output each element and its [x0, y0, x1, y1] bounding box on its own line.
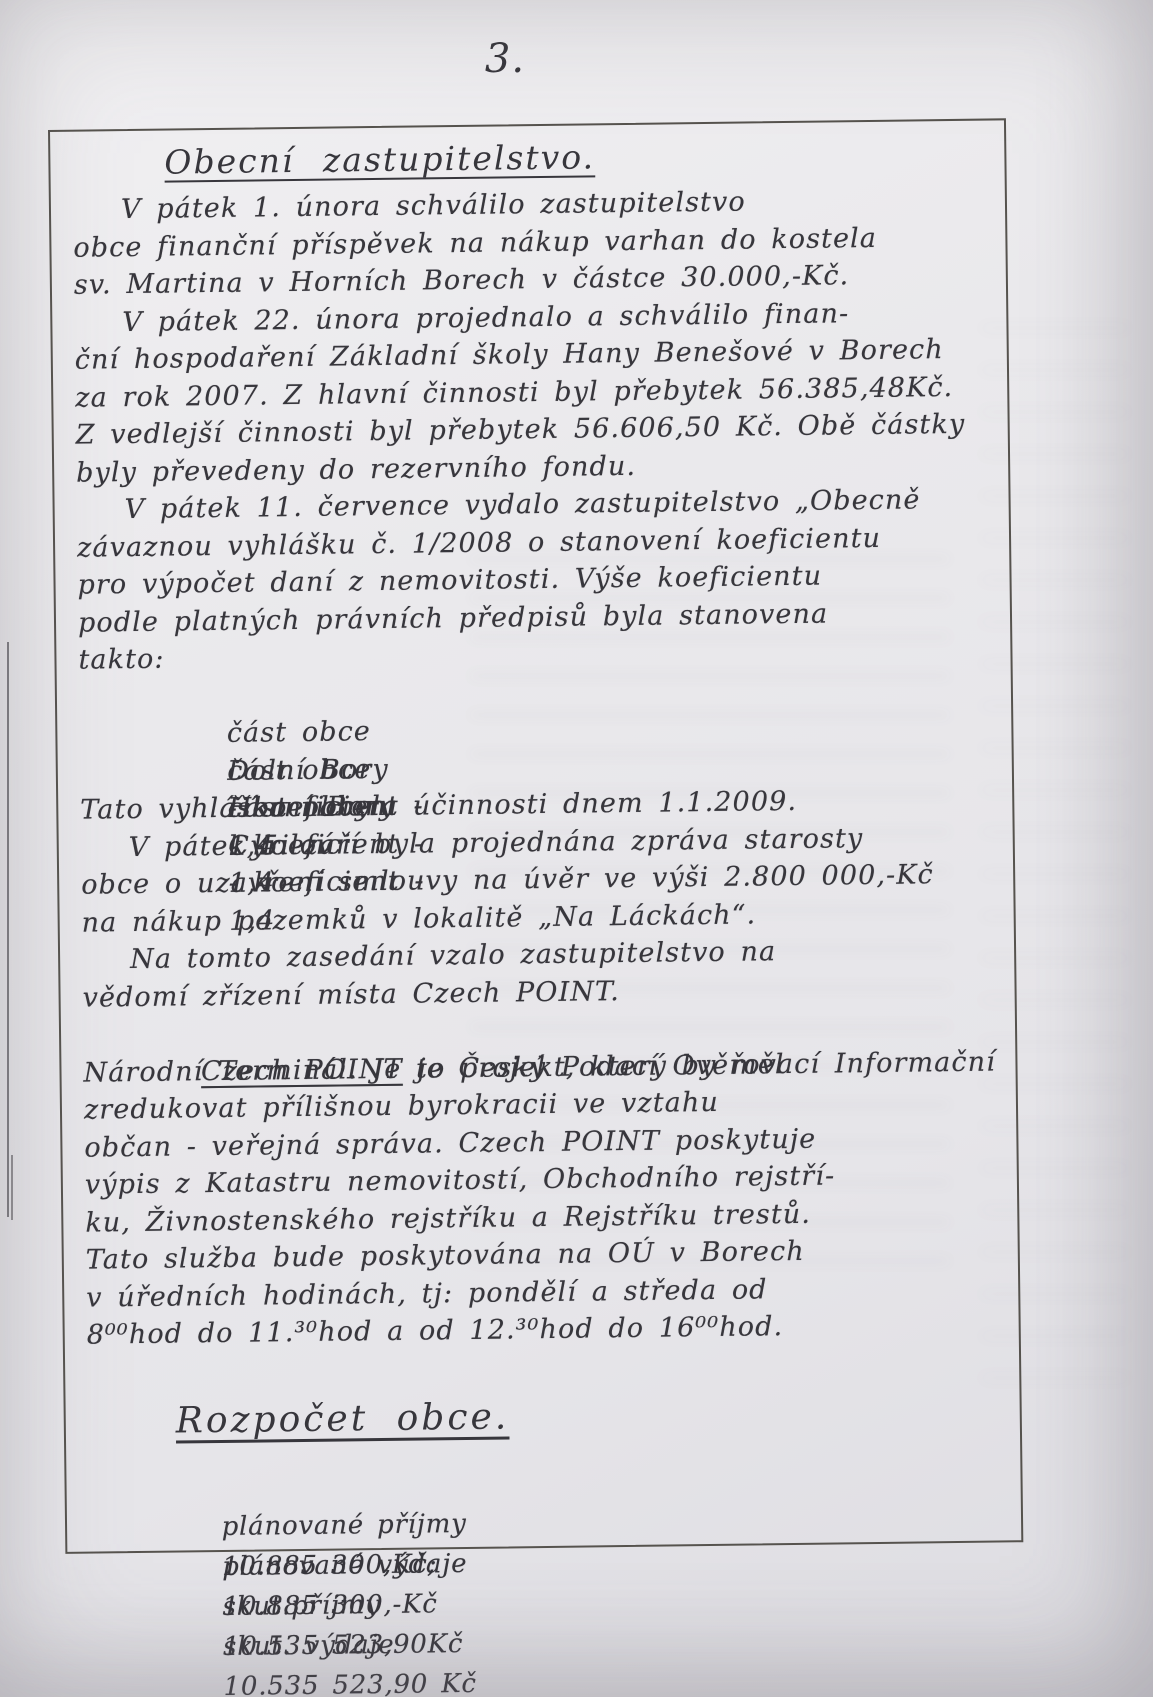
scan-edge-artifact — [7, 642, 9, 1217]
budget-heading: Rozpočet obce. — [176, 1395, 510, 1443]
coefficient-prefix: část obce — [227, 713, 375, 752]
coefficient-prefix: část obce — [227, 751, 375, 790]
council-heading: Obecní zastupitelstvo. — [164, 137, 595, 182]
page-number: 3. — [0, 36, 1010, 82]
scan-edge-artifact — [11, 1155, 13, 1220]
budget-actual-label: skut. výdaje — [223, 1624, 423, 1666]
chronicle-frame: Obecní zastupitelstvo. V pátek 1. února … — [48, 118, 1023, 1554]
scanned-chronicle-page: 3. Obecní zastupitelstvo. V pátek 1. úno… — [0, 0, 1153, 1697]
budget-planned-label: plánované příjmy — [221, 1503, 536, 1547]
chronicle-content: Obecní zastupitelstvo. V pátek 1. února … — [50, 120, 1021, 1548]
budget-planned-value: 10.885 300,-Kč — [222, 1583, 477, 1626]
budget-actual-value: 10.535 523,90 Kč — [223, 1668, 477, 1697]
budget-planned-label: plánované výdaje — [222, 1543, 537, 1587]
